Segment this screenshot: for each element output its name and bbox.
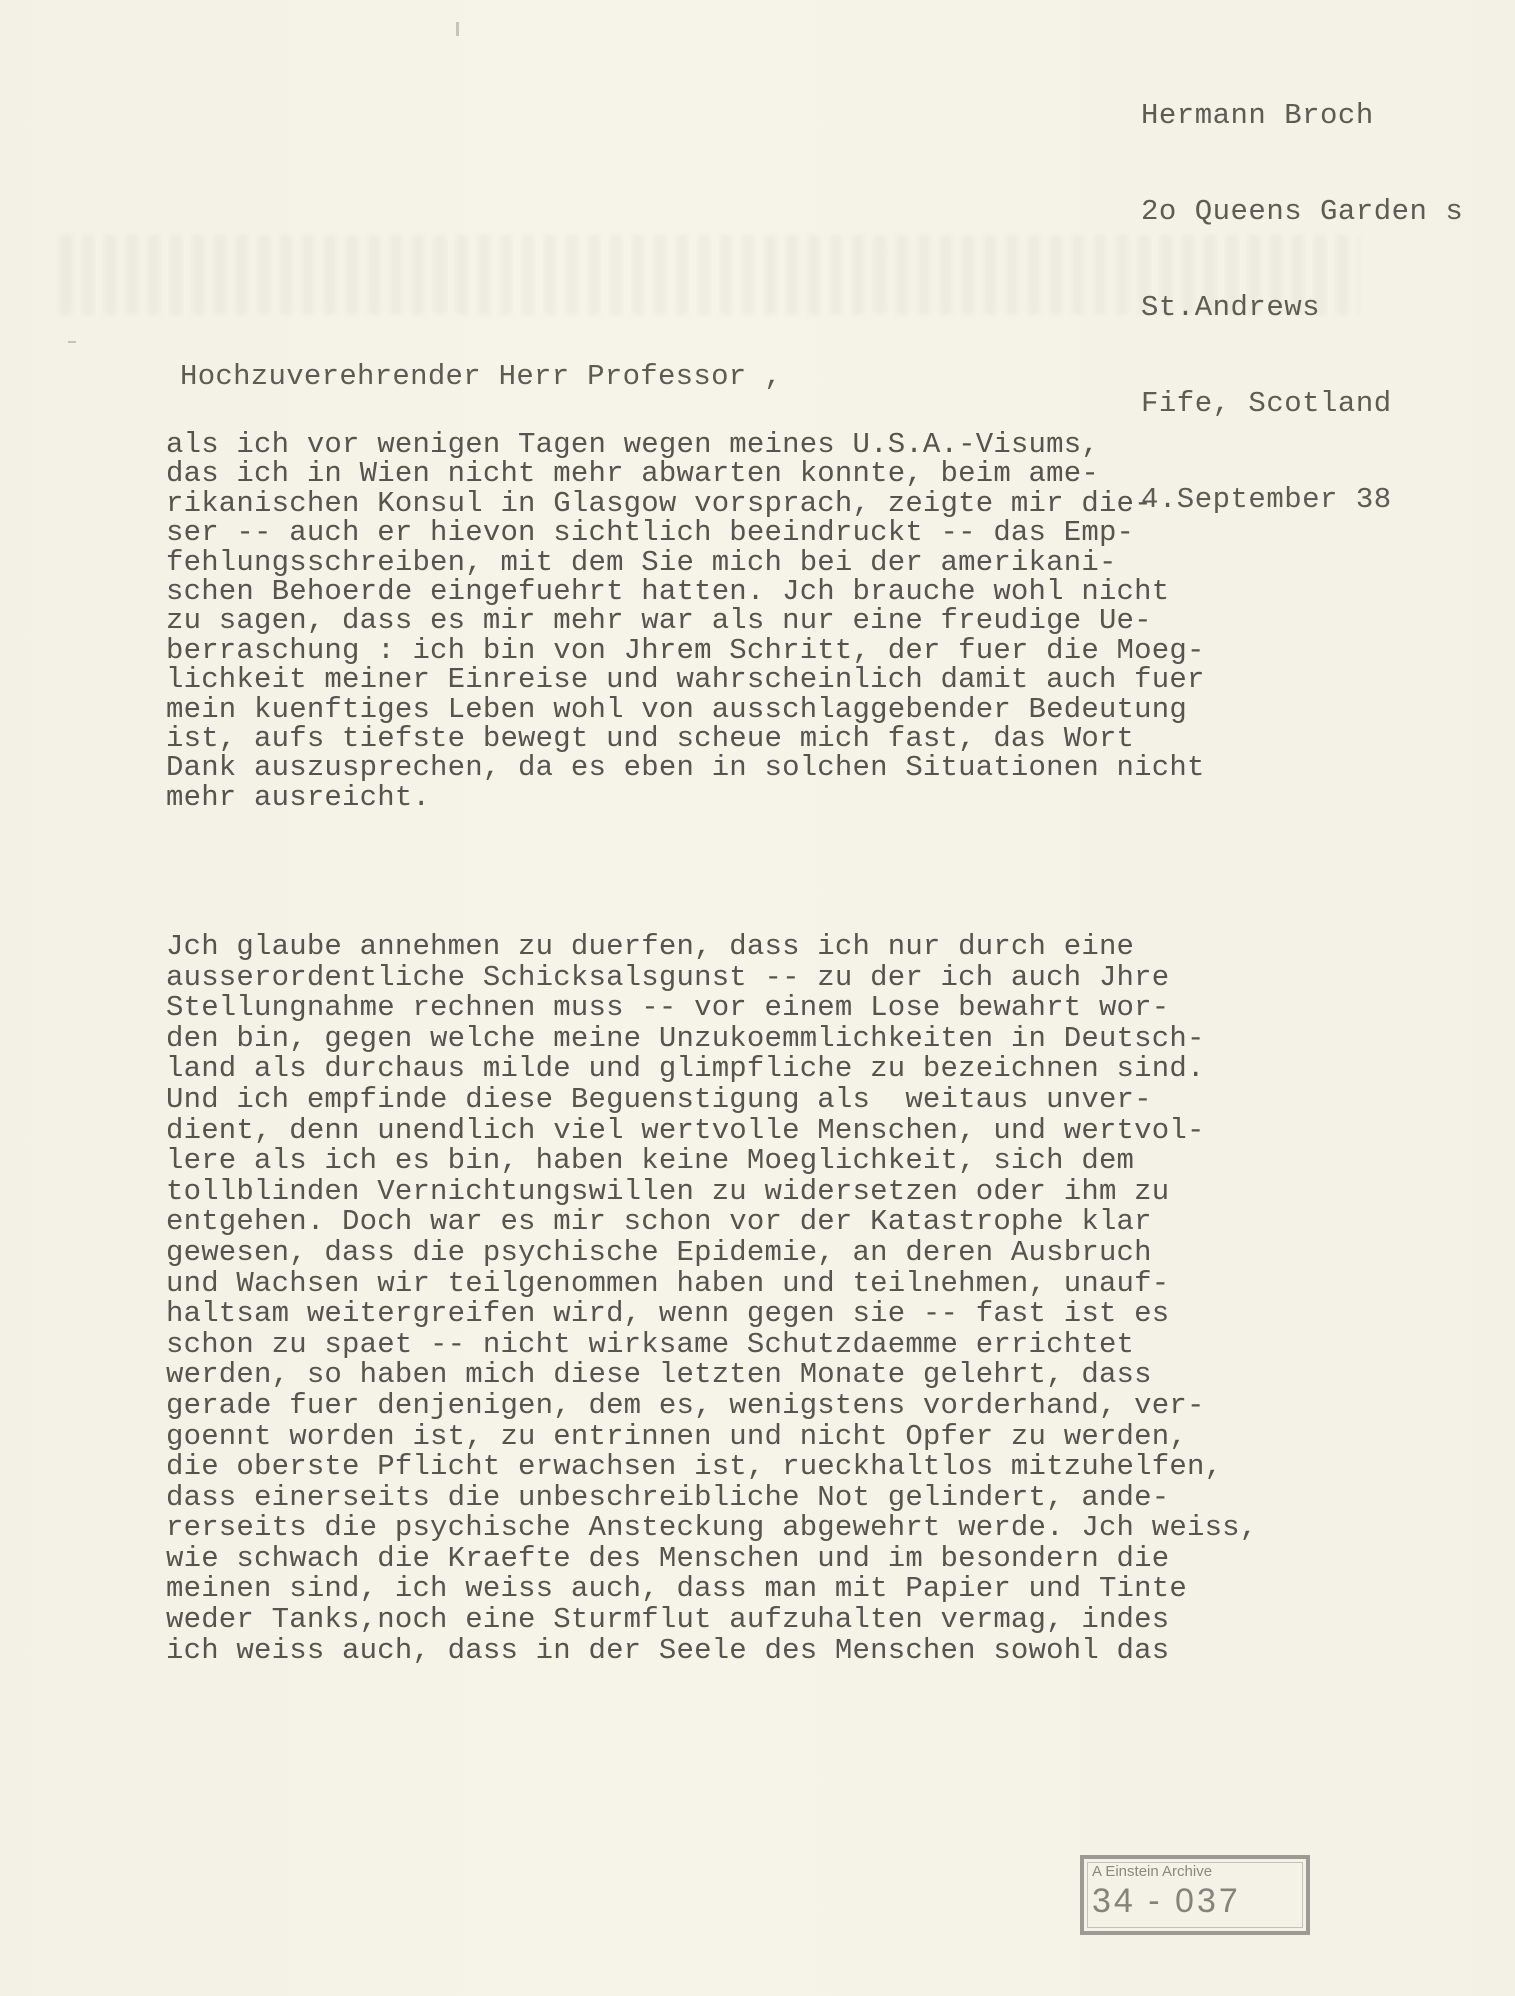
text-line: meinen sind, ich weiss auch, dass man mi… bbox=[166, 1574, 1257, 1605]
text-line: entgehen. Doch war es mir schon vor der … bbox=[166, 1207, 1257, 1238]
archive-stamp: A Einstein Archive 34 - 037 bbox=[1080, 1855, 1310, 1935]
text-line: Stellungnahme rechnen muss -- vor einem … bbox=[166, 993, 1257, 1024]
text-line: gewesen, dass die psychische Epidemie, a… bbox=[166, 1238, 1257, 1269]
text-line: als ich vor wenigen Tagen wegen meines U… bbox=[166, 430, 1205, 459]
text-line: zu sagen, dass es mir mehr war als nur e… bbox=[166, 606, 1205, 635]
text-line: lere als ich es bin, haben keine Moeglic… bbox=[166, 1146, 1257, 1177]
text-line: schon zu spaet -- nicht wirksame Schutzd… bbox=[166, 1330, 1257, 1361]
text-line: rerseits die psychische Ansteckung abgew… bbox=[166, 1513, 1257, 1544]
text-line: und Wachsen wir teilgenommen haben und t… bbox=[166, 1269, 1257, 1300]
text-line: lichkeit meiner Einreise und wahrscheinl… bbox=[166, 665, 1205, 694]
text-line: den bin, gegen welche meine Unzukoemmlic… bbox=[166, 1024, 1257, 1055]
paper-speck bbox=[68, 341, 76, 343]
text-line: haltsam weitergreifen wird, wenn gegen s… bbox=[166, 1299, 1257, 1330]
text-line: wie schwach die Kraefte des Menschen und… bbox=[166, 1544, 1257, 1575]
text-line: ist, aufs tiefste bewegt und scheue mich… bbox=[166, 724, 1205, 753]
text-line: gerade fuer denjenigen, dem es, wenigste… bbox=[166, 1391, 1257, 1422]
text-line: die oberste Pflicht erwachsen ist, rueck… bbox=[166, 1452, 1257, 1483]
stamp-inner-border bbox=[1087, 1862, 1303, 1928]
text-line: fehlungsschreiben, mit dem Sie mich bei … bbox=[166, 548, 1205, 577]
text-line: Und ich empfinde diese Beguenstigung als… bbox=[166, 1085, 1257, 1116]
paragraph-2: Jch glaube annehmen zu duerfen, dass ich… bbox=[166, 932, 1257, 1666]
text-line: Dank auszusprechen, da es eben in solche… bbox=[166, 753, 1205, 782]
text-line: mehr ausreicht. bbox=[166, 783, 1205, 812]
text-line: berraschung : ich bin von Jhrem Schritt,… bbox=[166, 636, 1205, 665]
text-line: ser -- auch er hievon sichtlich beeindru… bbox=[166, 518, 1205, 547]
sender-name: Hermann Broch bbox=[1141, 100, 1463, 132]
text-line: Jch glaube annehmen zu duerfen, dass ich… bbox=[166, 932, 1257, 963]
salutation: Hochzuverehrender Herr Professor , bbox=[180, 360, 782, 393]
sender-street: 2o Queens Garden s bbox=[1141, 196, 1463, 228]
text-line: ausserordentliche Schicksalsgunst -- zu … bbox=[166, 963, 1257, 994]
text-line: tollblinden Vernichtungswillen zu widers… bbox=[166, 1177, 1257, 1208]
text-line: goennt worden ist, zu entrinnen und nich… bbox=[166, 1422, 1257, 1453]
text-line: rikanischen Konsul in Glasgow vorsprach,… bbox=[166, 489, 1205, 518]
sender-town: St.Andrews bbox=[1141, 292, 1463, 324]
text-line: weder Tanks,noch eine Sturmflut aufzuhal… bbox=[166, 1605, 1257, 1636]
text-line: dass einerseits die unbeschreibliche Not… bbox=[166, 1483, 1257, 1514]
paragraph-1: als ich vor wenigen Tagen wegen meines U… bbox=[166, 430, 1205, 812]
sender-region: Fife, Scotland bbox=[1141, 388, 1463, 420]
text-line: dient, denn unendlich viel wertvolle Men… bbox=[166, 1116, 1257, 1147]
text-line: mein kuenftiges Leben wohl von ausschlag… bbox=[166, 695, 1205, 724]
text-line: ich weiss auch, dass in der Seele des Me… bbox=[166, 1636, 1257, 1667]
paper-speck bbox=[456, 22, 459, 36]
text-line: das ich in Wien nicht mehr abwarten konn… bbox=[166, 459, 1205, 488]
text-line: schen Behoerde eingefuehrt hatten. Jch b… bbox=[166, 577, 1205, 606]
text-line: werden, so haben mich diese letzten Mona… bbox=[166, 1360, 1257, 1391]
text-line: land als durchaus milde und glimpfliche … bbox=[166, 1054, 1257, 1085]
